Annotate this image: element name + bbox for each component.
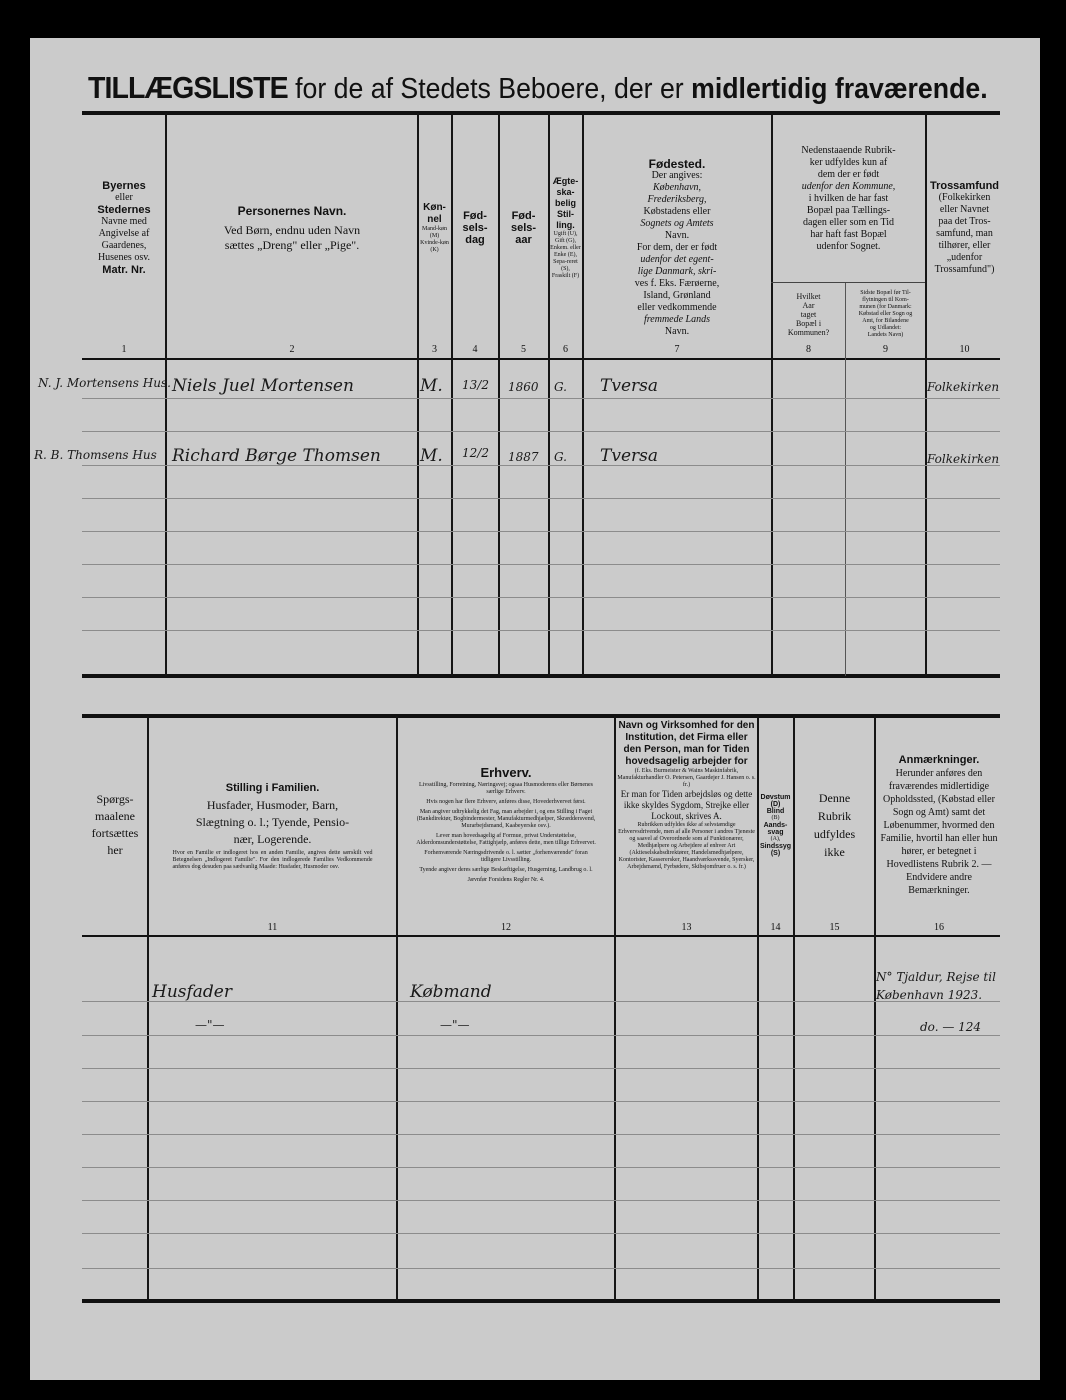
- ruling-line: [147, 716, 149, 1301]
- col-num-16: 16: [877, 922, 1001, 933]
- ruling-line: [82, 1134, 1000, 1135]
- birthplace-cell: Tversa: [600, 446, 658, 466]
- col-num-6: 6: [550, 344, 581, 355]
- place-cell: N. J. Mortensens Hus.: [38, 376, 171, 390]
- form-title: TILLÆGSLISTE for de af Stedets Beboere, …: [88, 70, 944, 110]
- religion-cell: Folkekirken: [927, 380, 999, 394]
- name-cell: Niels Juel Mortensen: [172, 376, 354, 396]
- upper-bottom-rule: [82, 674, 1000, 678]
- ruling-line: [771, 282, 925, 283]
- col-num-11: 11: [150, 922, 395, 933]
- ruling-line: [396, 716, 398, 1301]
- col-num-1: 1: [84, 344, 164, 355]
- col-num-12: 12: [399, 922, 613, 933]
- marital-cell: G.: [554, 450, 567, 464]
- col-num-14: 14: [759, 922, 792, 933]
- ruling-line: [82, 1167, 1000, 1168]
- header-col-11-family-position: Stilling i Familien. Husfader, Husmoder,…: [150, 720, 395, 930]
- ruling-line: [793, 716, 795, 1301]
- ruling-line: [82, 1101, 1000, 1102]
- header-col-15-not-filled: Denne Rubrik udfyldes ikke: [796, 720, 873, 930]
- lower-header-bottom-rule: [82, 935, 1000, 937]
- occupation-cell: —"—: [440, 1018, 470, 1032]
- upper-header-bottom-rule: [82, 358, 1000, 360]
- header-col-5-birthyear: Fød-sels-aar: [500, 118, 547, 338]
- upper-top-rule: [82, 111, 1000, 115]
- ruling-line: [165, 113, 167, 676]
- col-num-5: 5: [500, 344, 547, 355]
- sex-cell: M.: [420, 446, 443, 466]
- continuation-note: Spørgs- maalene fortsættes her: [84, 720, 146, 930]
- ruling-line: [82, 1233, 1000, 1234]
- header-col-3-sex: Køn-nel Mand-køn (M) Kvinde-køn (K): [419, 118, 450, 338]
- header-col-6-marital: Ægte-ska-belig Stil-ling. Ugift (U), Gif…: [550, 118, 581, 338]
- family-position-cell: —"—: [195, 1018, 225, 1032]
- col-num-7: 7: [584, 344, 770, 355]
- col-num-13: 13: [617, 922, 756, 933]
- header-col-1: Byernes eller Stedernes Navne med Angive…: [84, 118, 164, 338]
- header-col-4-birthday: Fød-sels-dag: [453, 118, 497, 338]
- ruling-line: [82, 498, 1000, 499]
- col-num-3: 3: [419, 344, 450, 355]
- title-emphasis: midlertidig fraværende.: [691, 73, 988, 105]
- col-num-10: 10: [927, 344, 1002, 355]
- header-col-14-disability: Døvstum (D) Blind (B) Aands-svag (A), Si…: [759, 720, 792, 930]
- title-middle: for de af Stedets Beboere, der er: [288, 73, 691, 105]
- remarks-cell: N° Tjaldur, Rejse til København 1923.: [876, 968, 1002, 1004]
- header-col-8: Hvilket Aar taget Bopæl i Kommunen?: [773, 284, 844, 344]
- ruling-line: [614, 716, 616, 1301]
- name-cell: Richard Børge Thomsen: [172, 446, 381, 466]
- place-cell: R. B. Thomsens Hus: [34, 448, 157, 462]
- header-col-16-remarks: Anmærkninger. Herunder anføres den fravæ…: [877, 720, 1001, 930]
- col-num-8: 8: [773, 344, 844, 355]
- religion-cell: Folkekirken: [927, 452, 999, 466]
- birthplace-cell: Tversa: [600, 376, 658, 396]
- ruling-line: [82, 564, 1000, 565]
- ruling-line: [82, 1268, 1000, 1269]
- ruling-line: [82, 597, 1000, 598]
- birthday-cell: 12/2: [462, 446, 489, 460]
- sex-cell: M.: [420, 376, 443, 396]
- header-col-10-religion: Trossamfund (Folkekirken eller Navnet pa…: [927, 118, 1002, 338]
- lower-bottom-rule: [82, 1299, 1000, 1303]
- header-col-9: Sidste Bopæl før Til- flytningen til Kom…: [847, 284, 924, 344]
- birthyear-cell: 1860: [508, 380, 539, 394]
- ruling-line: [874, 716, 876, 1301]
- birthday-cell: 13/2: [462, 378, 489, 392]
- ruling-line: [82, 398, 1000, 399]
- ruling-line: [82, 1068, 1000, 1069]
- header-col-2: Personernes Navn. Ved Børn, endnu uden N…: [168, 118, 416, 338]
- ruling-line: [82, 531, 1000, 532]
- remarks-cell: do. — 124: [920, 1020, 981, 1034]
- header-col-12-occupation: Erhverv. Livsstilling, Forretning, Nærin…: [399, 720, 613, 930]
- col-num-2: 2: [168, 344, 416, 355]
- ruling-line: [82, 1035, 1000, 1036]
- ruling-line: [82, 1200, 1000, 1201]
- marital-cell: G.: [554, 380, 567, 394]
- header-col-13-employer: Navn og Virksomhed for den Institution, …: [617, 720, 756, 935]
- ruling-line: [845, 282, 846, 676]
- header-col-7-birthplace: Fødested. Der angives: København, Freder…: [584, 118, 770, 338]
- occupation-cell: Købmand: [410, 982, 492, 1002]
- col-num-4: 4: [453, 344, 497, 355]
- header-col-8-9-instructions: Nedenstaaende Rubrik- ker udfyldes kun a…: [773, 118, 924, 280]
- family-position-cell: Husfader: [152, 982, 232, 1002]
- lower-top-rule: [82, 714, 1000, 718]
- title-main: TILLÆGSLISTE: [88, 70, 288, 105]
- birthyear-cell: 1887: [508, 450, 539, 464]
- ruling-line: [82, 431, 1000, 432]
- col-num-15: 15: [796, 922, 873, 933]
- ruling-line: [82, 630, 1000, 631]
- col-num-9: 9: [847, 344, 924, 355]
